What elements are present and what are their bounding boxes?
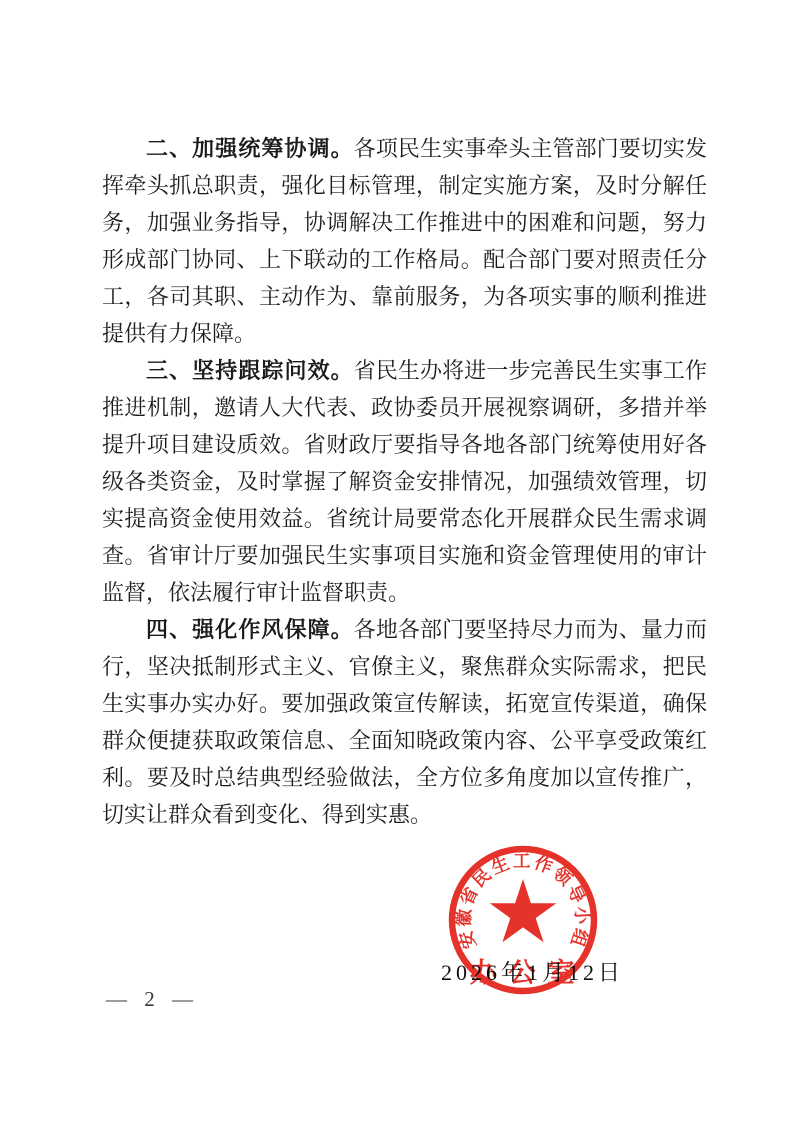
document-body: 二、加强统筹协调。各项民生实事牵头主管部门要切实发挥牵头抓总职责，强化目标管理，… bbox=[102, 130, 707, 833]
paragraph-text: 各地各部门要坚持尽力而为、量力而行，坚决抵制形式主义、官僚主义，聚焦群众实际需求… bbox=[102, 617, 707, 827]
paragraph-text: 各项民生实事牵头主管部门要切实发挥牵头抓总职责，强化目标管理，制定实施方案，及时… bbox=[102, 136, 707, 346]
paragraph-text: 省民生办将进一步完善民生实事工作推进机制，邀请人大代表、政协委员开展视察调研，多… bbox=[102, 358, 707, 605]
document-page: 二、加强统筹协调。各项民生实事牵头主管部门要切实发挥牵头抓总职责，强化目标管理，… bbox=[0, 0, 793, 1122]
paragraph: 三、坚持跟踪问效。省民生办将进一步完善民生实事工作推进机制，邀请人大代表、政协委… bbox=[102, 352, 707, 611]
page-number: — 2 — bbox=[106, 987, 199, 1012]
seal-office-text: 办公室 bbox=[470, 958, 587, 988]
paragraph-heading: 四、强化作风保障。 bbox=[146, 617, 354, 642]
paragraph-heading: 三、坚持跟踪问效。 bbox=[146, 358, 354, 383]
paragraph-heading: 二、加强统筹协调。 bbox=[146, 136, 354, 161]
official-seal-stamp: 安徽省民生工作领导小组 办公室 bbox=[445, 842, 601, 998]
paragraph: 四、强化作风保障。各地各部门要坚持尽力而为、量力而行，坚决抵制形式主义、官僚主义… bbox=[102, 611, 707, 833]
paragraph: 二、加强统筹协调。各项民生实事牵头主管部门要切实发挥牵头抓总职责，强化目标管理，… bbox=[102, 130, 707, 352]
seal-star-icon bbox=[490, 879, 557, 942]
